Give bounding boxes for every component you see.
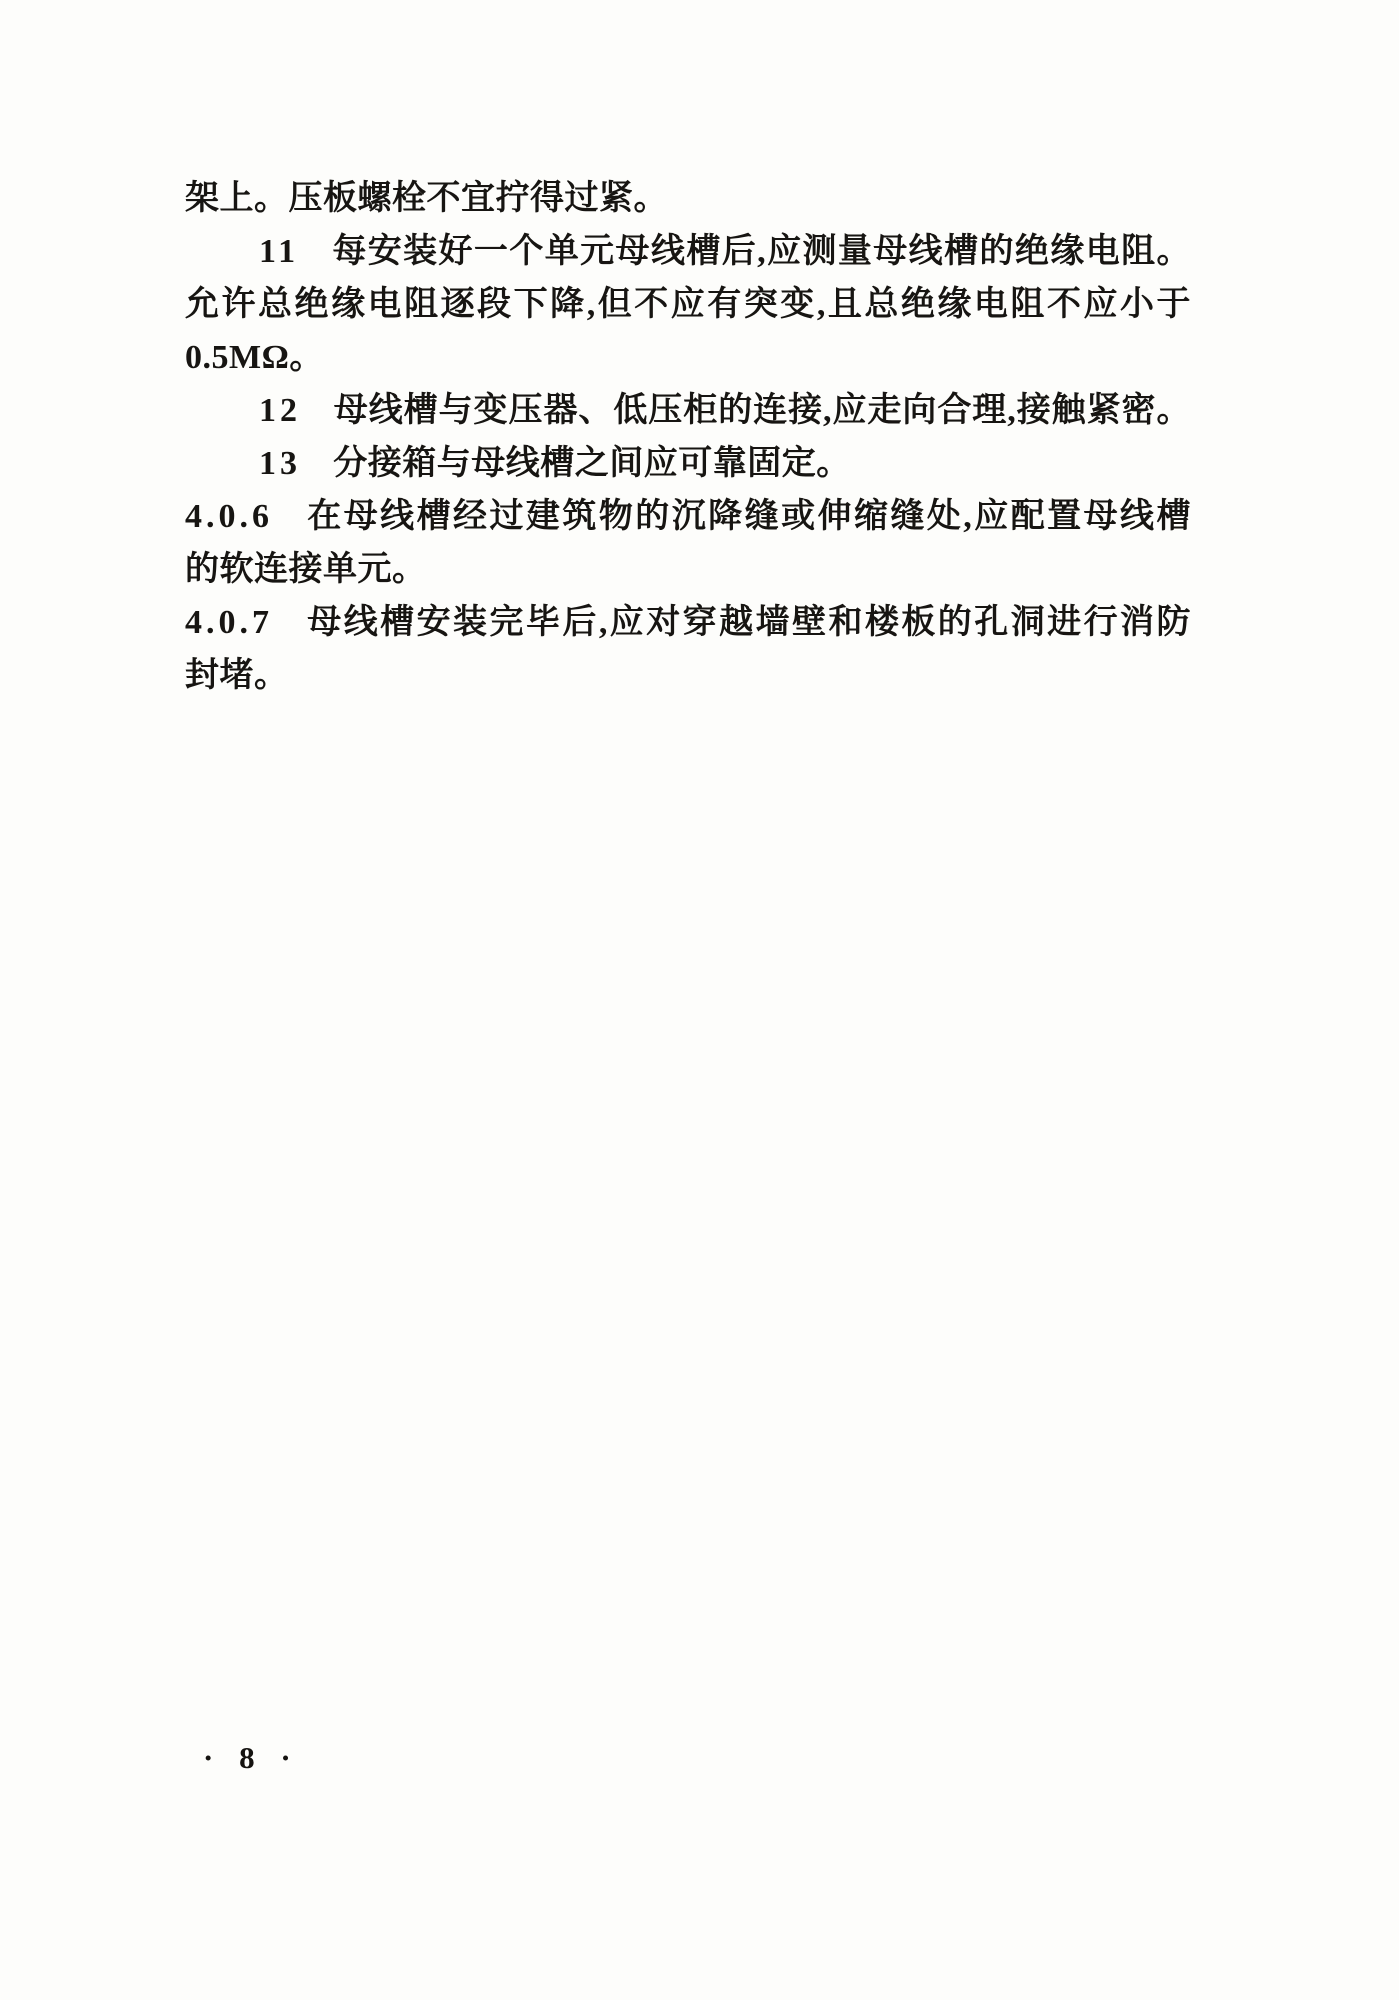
line-text: 母线槽与变压器、低压柜的连接,应走向合理,接触紧密。 <box>333 392 1191 429</box>
text-line: 11每安装好一个单元母线槽后,应测量母线槽的绝缘电阻。 <box>185 225 1191 278</box>
text-line: 的软连接单元。 <box>185 543 1191 596</box>
line-text: 分接箱与母线槽之间应可靠固定。 <box>333 445 851 482</box>
line-text: 0.5MΩ。 <box>185 339 324 376</box>
text-line: 12母线槽与变压器、低压柜的连接,应走向合理,接触紧密。 <box>185 384 1191 437</box>
clause-number: 4.0.6 <box>185 498 273 535</box>
text-block: 架上。压板螺栓不宜拧得过紧。11每安装好一个单元母线槽后,应测量母线槽的绝缘电阻… <box>185 172 1191 702</box>
text-line: 4.0.7母线槽安装完毕后,应对穿越墙壁和楼板的孔洞进行消防 <box>185 596 1191 649</box>
line-text: 每安装好一个单元母线槽后,应测量母线槽的绝缘电阻。 <box>331 233 1191 270</box>
line-text: 封堵。 <box>185 657 289 694</box>
line-text: 在母线槽经过建筑物的沉降缝或伸缩缝处,应配置母线槽 <box>305 498 1191 535</box>
text-line: 架上。压板螺栓不宜拧得过紧。 <box>185 172 1191 225</box>
document-page: 架上。压板螺栓不宜拧得过紧。11每安装好一个单元母线槽后,应测量母线槽的绝缘电阻… <box>0 0 1399 2000</box>
clause-number: 12 <box>259 392 301 429</box>
clause-number: 13 <box>259 445 301 482</box>
clause-number: 4.0.7 <box>185 604 273 641</box>
text-line: 13分接箱与母线槽之间应可靠固定。 <box>185 437 1191 490</box>
clause-number: 11 <box>259 233 299 270</box>
line-text: 允许总绝缘电阻逐段下降,但不应有突变,且总绝缘电阻不应小于 <box>185 286 1191 323</box>
text-line: 0.5MΩ。 <box>185 331 1191 384</box>
line-text: 架上。压板螺栓不宜拧得过紧。 <box>185 180 668 217</box>
text-line: 允许总绝缘电阻逐段下降,但不应有突变,且总绝缘电阻不应小于 <box>185 278 1191 331</box>
line-text: 的软连接单元。 <box>185 551 427 588</box>
page-number: · 8 · <box>203 1740 300 1776</box>
text-line: 封堵。 <box>185 649 1191 702</box>
text-line: 4.0.6在母线槽经过建筑物的沉降缝或伸缩缝处,应配置母线槽 <box>185 490 1191 543</box>
line-text: 母线槽安装完毕后,应对穿越墙壁和楼板的孔洞进行消防 <box>305 604 1191 641</box>
